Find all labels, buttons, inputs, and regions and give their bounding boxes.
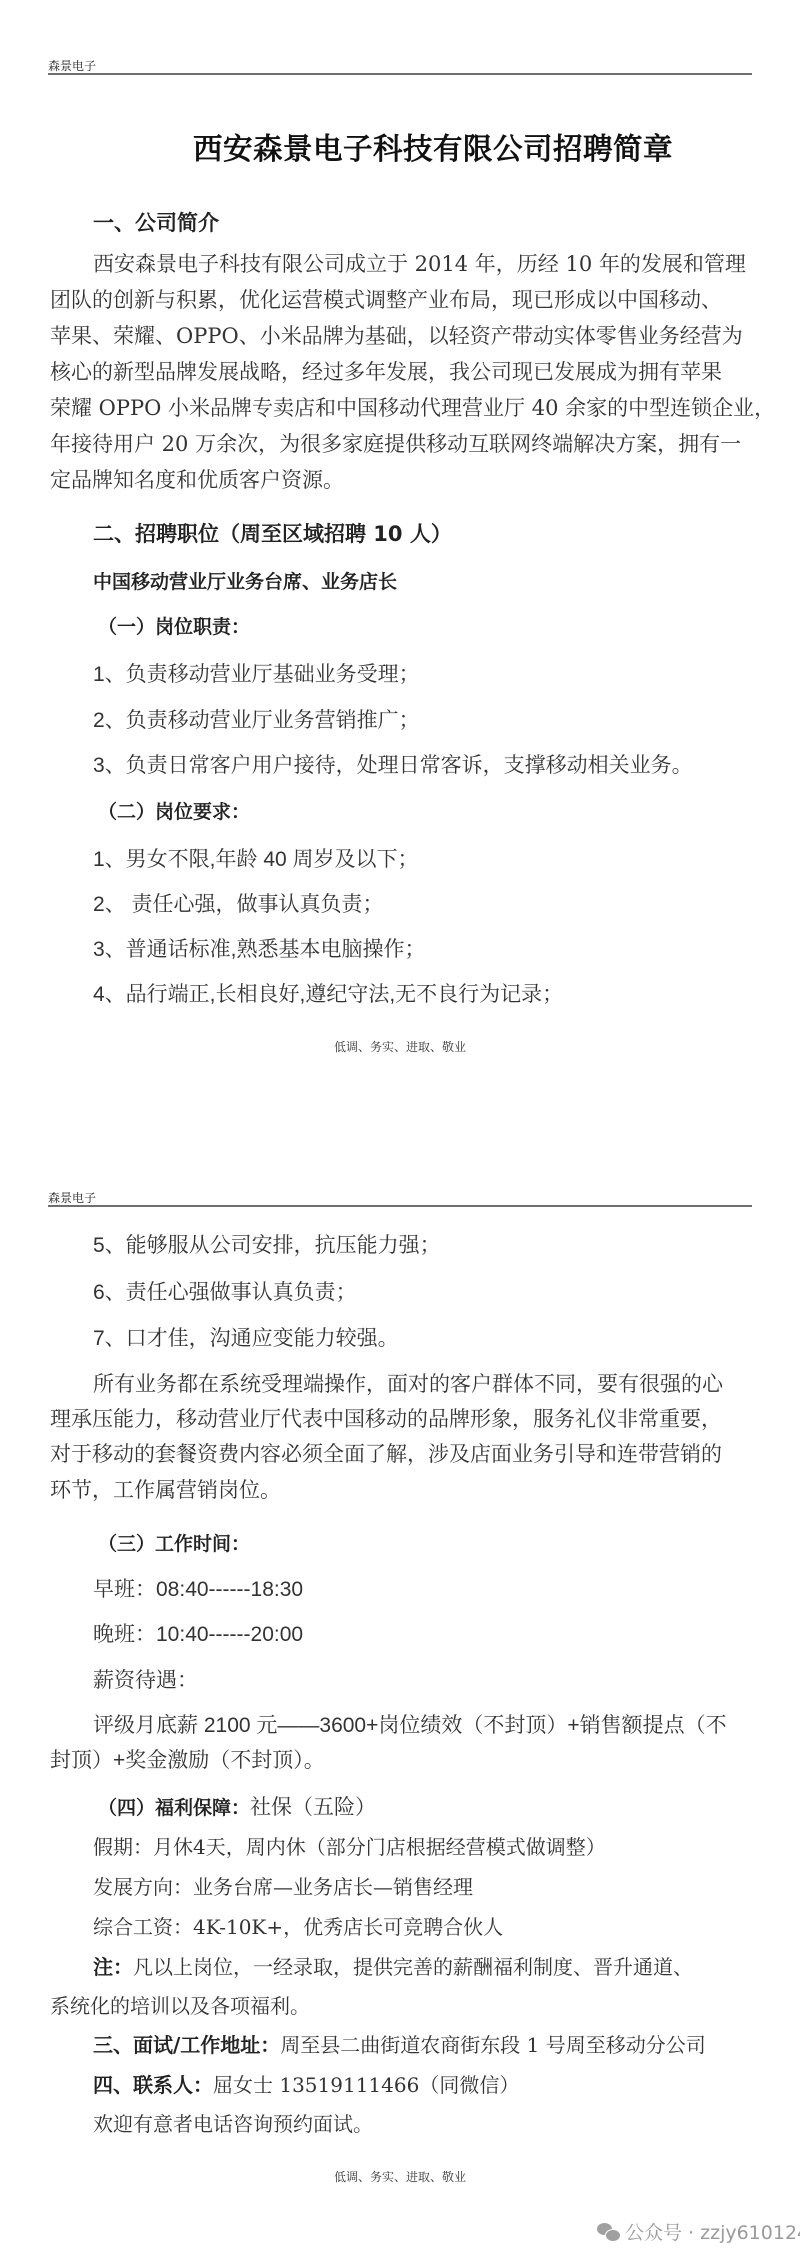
job-title: 中国移动营业厅业务台席、业务店长 <box>93 567 397 594</box>
address-label: 三、面试/工作地址： <box>93 2033 280 2057</box>
paragraph-line: 环节，工作属营销岗位。 <box>50 1474 281 1504</box>
wechat-icon <box>597 2223 619 2241</box>
paragraph-line: 荣耀 OPPO 小米品牌专卖店和中国移动代理营业厅 40 余家的中型连锁企业， <box>50 392 775 422</box>
welcome-text: 欢迎有意者电话咨询预约面试。 <box>93 2108 373 2137</box>
paragraph-line: 封顶）+奖金激励（不封顶）。 <box>50 1744 325 1774</box>
paragraph-line: 定品牌知名度和优质客户资源。 <box>50 464 344 494</box>
paragraph-line: 苹果、荣耀、OPPO、小米品牌为基础，以轻资产带动实体零售业务经营为 <box>50 320 743 350</box>
header-divider <box>48 1205 752 1207</box>
list-item: 5、能够服从公司安排，抗压能力强； <box>93 1229 441 1259</box>
footer-motto: 低调、务实、进取、敬业 <box>0 2168 800 2185</box>
evening-shift: 晚班：10:40------20:00 <box>93 1618 303 1648</box>
paragraph-line: 核心的新型品牌发展战略，经过多年发展，我公司现已发展成为拥有苹果 <box>50 356 722 386</box>
page-header-text: 森景电子 <box>48 57 96 74</box>
address-value: 周至县二曲街道农商街东段 1 号周至移动分公司 <box>280 2033 705 2057</box>
section-heading-company-intro: 一、公司简介 <box>93 207 219 237</box>
list-item: 3、负责日常客户用户接待，处理日常客诉，支撑移动相关业务。 <box>93 749 693 779</box>
contact-value: 屈女士 13519111466（同微信） <box>213 2073 519 2097</box>
contact-label: 四、联系人： <box>93 2073 213 2097</box>
list-item: 1、负责移动营业厅基础业务受理； <box>93 658 420 688</box>
contact-row: 四、联系人：屈女士 13519111466（同微信） <box>93 2069 519 2098</box>
career-path: 发展方向：业务台席—业务店长—销售经理 <box>93 1871 473 1900</box>
list-item: 2、 责任心强，做事认真负责； <box>93 888 384 918</box>
note-label: 注： <box>93 1955 133 1979</box>
note-line: 系统化的培训以及各项福利。 <box>50 1990 310 2019</box>
watermark-text: 公众号 · zzjy610124 <box>625 2218 800 2245</box>
total-salary: 综合工资：4K-10K+，优秀店长可竞聘合伙人 <box>93 1911 503 1940</box>
benefits-heading: （四）福利保障： <box>98 1797 250 1819</box>
benefits-value: 社保（五险） <box>250 1795 376 1819</box>
note-line: 注：凡以上岗位，一经录取，提供完善的薪酬福利制度、晋升通道、 <box>93 1951 693 1980</box>
list-item: 3、普通话标准,熟悉基本电脑操作； <box>93 933 426 963</box>
page-header-text: 森景电子 <box>48 1189 96 1206</box>
footer-motto: 低调、务实、进取、敬业 <box>0 1038 800 1055</box>
duties-heading: （一）岗位职责： <box>98 612 250 639</box>
morning-shift: 早班：08:40------18:30 <box>93 1573 303 1603</box>
paragraph-line: 评级月底薪 2100 元——3600+岗位绩效（不封顶）+销售额提点（不 <box>93 1709 727 1739</box>
paragraph-line: 对于移动的套餐资费内容必须全面了解，涉及店面业务引导和连带营销的 <box>50 1438 722 1468</box>
list-item: 2、负责移动营业厅业务营销推广； <box>93 704 420 734</box>
note-text: 凡以上岗位，一经录取，提供完善的薪酬福利制度、晋升通道、 <box>133 1955 693 1979</box>
holiday-info: 假期：月休4天，周内休（部分门店根据经营模式做调整） <box>93 1831 606 1860</box>
list-item: 1、男女不限,年龄 40 周岁及以下； <box>93 843 419 873</box>
work-hours-heading: （三）工作时间： <box>98 1529 250 1556</box>
wechat-watermark: 公众号 · zzjy610124 <box>597 2218 800 2245</box>
header-divider <box>48 73 752 75</box>
section-heading-positions: 二、招聘职位（周至区域招聘 10 人） <box>93 518 452 548</box>
salary-label: 薪资待遇： <box>93 1664 198 1694</box>
paragraph-line: 团队的创新与积累，优化运营模式调整产业布局，现已形成以中国移动、 <box>50 284 722 314</box>
document-title: 西安森景电子科技有限公司招聘简章 <box>193 126 673 168</box>
list-item: 7、口才佳，沟通应变能力较强。 <box>93 1322 399 1352</box>
paragraph-line: 年接待用户 20 万余次，为很多家庭提供移动互联网终端解决方案，拥有一 <box>50 428 741 458</box>
list-item: 4、品行端正,长相良好,遵纪守法,无不良行为记录； <box>93 978 563 1008</box>
list-item: 6、责任心强做事认真负责； <box>93 1276 357 1306</box>
requirements-heading: （二）岗位要求： <box>98 797 250 824</box>
paragraph-line: 理承压能力，移动营业厅代表中国移动的品牌形象，服务礼仪非常重要， <box>50 1403 722 1433</box>
address-row: 三、面试/工作地址：周至县二曲街道农商街东段 1 号周至移动分公司 <box>93 2029 706 2058</box>
benefits-row: （四）福利保障：社保（五险） <box>98 1791 376 1821</box>
paragraph-line: 西安森景电子科技有限公司成立于 2014 年，历经 10 年的发展和管理 <box>93 248 746 278</box>
paragraph-line: 所有业务都在系统受理端操作，面对的客户群体不同，要有很强的心 <box>93 1368 723 1398</box>
